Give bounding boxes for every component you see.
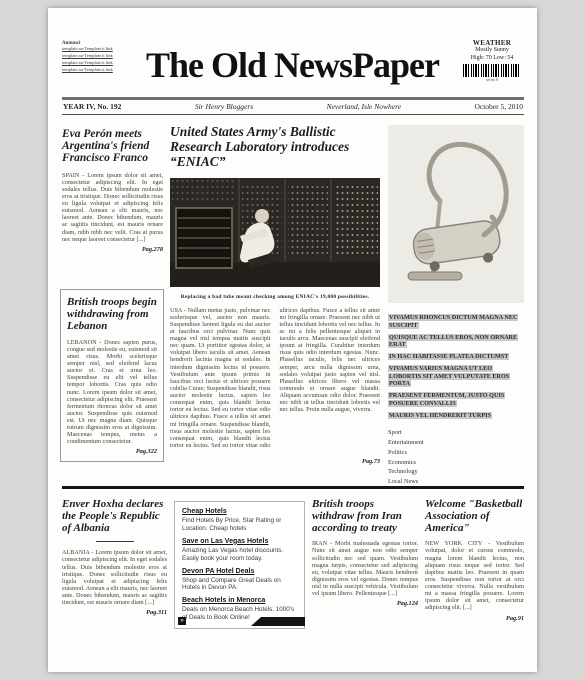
ad-link[interactable]: template.au-Template.it link [62, 46, 134, 53]
teaser-headline[interactable]: PRAESENT FERMENTUM, JUSTO QUIS POSUERE C… [388, 392, 524, 408]
publication-location: Neverland, Isle Nowhere [327, 102, 402, 111]
weather-label: WEATHER [459, 39, 525, 47]
hotel-ads-box: Cheap Hotels Find Hotels By Price, Star … [174, 501, 305, 629]
page-ref-iran: Pag.124 [312, 600, 418, 607]
publication-date: October 5, 2010 [474, 102, 523, 111]
article-body-basketball: NEW YORK CITY - Vestibulum volutpat, dol… [425, 540, 524, 611]
ad-description: Shop and Compare Great Deals on Hotels i… [182, 577, 297, 593]
ad-link[interactable]: template.au-Template.it link [62, 67, 134, 74]
article-headline-basketball: Welcome "Basketball Association of Ameri… [425, 498, 524, 534]
weather-condition: Mostly Sunny [459, 47, 525, 55]
masthead-ad-links: Annunci template.au-Template.it link tem… [62, 41, 134, 74]
boxed-article-lebanon: British troops begin withdrawing from Le… [60, 289, 164, 462]
teaser-headline[interactable]: IN HAC HABITASSE PLATEA DICTUMST [388, 353, 524, 361]
article-albania: Enver Hoxha declares the People's Republ… [62, 498, 167, 616]
teaser-headline[interactable]: VIVAMUS RHONCUS DICTUM MAGNA NEC SUSCIPI… [388, 314, 524, 330]
ad-link-devon-pa-hotels[interactable]: Devon PA Hotel Deals [182, 568, 297, 576]
ad-description: Amazing Las Vegas hotel discounts. Easil… [182, 547, 297, 563]
vacuum-ad-image [388, 125, 524, 303]
barcode-image [463, 64, 521, 77]
category-link-sport[interactable]: Sport [388, 428, 524, 438]
barcode-caption: series 8 [459, 77, 525, 82]
article-headline-albania: Enver Hoxha declares the People's Republ… [62, 498, 167, 534]
page-ref-albania: Pag.311 [62, 609, 167, 616]
newspaper-title: The Old NewsPaper [136, 44, 449, 86]
teaser-headline[interactable]: VIVAMUS VARIUS MAGNA UT LEO LOBORTIS SIT… [388, 365, 524, 388]
ad-item: Cheap Hotels Find Hotels By Price, Star … [182, 508, 297, 533]
article-headline-lebanon: British troops begin withdrawing from Le… [67, 297, 157, 333]
headline-rule [96, 541, 134, 542]
article-iran: British troops withdraw from Iran accord… [312, 498, 418, 607]
lead-headline: United States Army's Ballistic Research … [170, 125, 380, 170]
ad-item: Devon PA Hotel Deals Shop and Compare Gr… [182, 568, 297, 593]
category-link-technology[interactable]: Technology [388, 467, 524, 477]
issue-number: YEAR IV, No. 192 [63, 102, 121, 111]
article-body-iran: IRAN - Morbi malesuada egestas tortor. N… [312, 540, 418, 597]
lead-body: USA - Nullam metus justo, pulvinar nec s… [170, 307, 380, 455]
lead-article: United States Army's Ballistic Research … [170, 125, 380, 465]
article-basketball: Welcome "Basketball Association of Ameri… [425, 498, 524, 622]
article-body-franco: SPAIN - Lorem ipsum dolor sit amet, cons… [62, 172, 163, 243]
page-ref-lead: Pag.73 [170, 458, 380, 465]
page-ref-basketball: Pag.91 [425, 615, 524, 622]
weather-temps: High: 70 Low: 54 [459, 55, 525, 63]
page-ref-franco: Pag.278 [62, 246, 163, 253]
category-link-economics[interactable]: Economics [388, 458, 524, 468]
newspaper-page: Annunci template.au-Template.it link tem… [48, 8, 537, 672]
ad-link[interactable]: template.au-Template.it link [62, 60, 134, 67]
ad-link[interactable]: template.au-Template.it link [62, 53, 134, 60]
ad-link-menorca-hotels[interactable]: Beach Hotels in Menorca [182, 597, 297, 605]
dateline-bar: YEAR IV, No. 192 Sir Henry Bloggers Neve… [62, 97, 524, 115]
teaser-list: VIVAMUS RHONCUS DICTUM MAGNA NEC SUSCIPI… [388, 314, 524, 419]
eniac-photo [170, 178, 380, 287]
ad-description: Find Hotels By Price, Star Rating or Loc… [182, 517, 297, 533]
ad-link-las-vegas-hotels[interactable]: Save on Las Vegas Hotels [182, 538, 297, 546]
editor-name: Sir Henry Bloggers [195, 102, 253, 111]
teaser-headline[interactable]: MAURIS VEL HENDRERIT TURPIS [388, 412, 524, 420]
category-link-politics[interactable]: Politics [388, 448, 524, 458]
right-column: VIVAMUS RHONCUS DICTUM MAGNA NEC SUSCIPI… [388, 125, 524, 487]
bottom-section: Enver Hoxha declares the People's Republ… [62, 486, 524, 672]
page-ref-lebanon: Pag.322 [67, 448, 157, 455]
ad-arrow-icon[interactable]: » [178, 617, 186, 625]
ad-link-cheap-hotels[interactable]: Cheap Hotels [182, 508, 297, 516]
photo-caption: Replacing a bad tube meant checking amon… [170, 294, 380, 300]
article-body-albania: ALBANIA - Lorem ipsum dolor sit amet, co… [62, 549, 167, 606]
article-body-lebanon: LEBANON - Donec sapien purus, congue sed… [67, 339, 157, 446]
article-headline-franco: Eva Perón meets Argentina's friend Franc… [62, 128, 163, 165]
weather-box: WEATHER Mostly Sunny High: 70 Low: 54 se… [459, 39, 525, 82]
teaser-headline[interactable]: QUISQUE AC TELLUS EROS, NON ORNARE ERAT [388, 334, 524, 350]
category-link-entertainment[interactable]: Entertainment [388, 438, 524, 448]
category-list: Sport Entertainment Politics Economics T… [388, 428, 524, 487]
left-column: Eva Perón meets Argentina's friend Franc… [62, 128, 163, 253]
ad-item: Save on Las Vegas Hotels Amazing Las Veg… [182, 538, 297, 563]
article-headline-iran: British troops withdraw from Iran accord… [312, 498, 418, 534]
